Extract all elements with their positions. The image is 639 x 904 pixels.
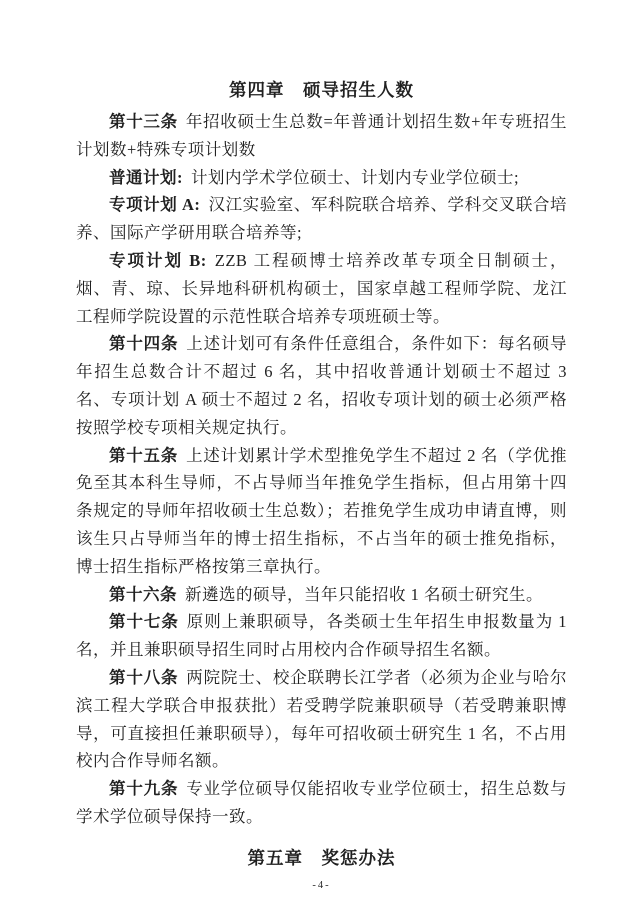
special-plan-a: 专项计划 A:汉江实验室、军科院联合培养、学科交叉联合培养、国际产学研用联合培养… bbox=[76, 191, 567, 247]
article-15-label: 第十五条 bbox=[109, 446, 186, 465]
chapter-4-heading: 第四章 硕导招生人数 bbox=[76, 76, 567, 104]
article-18: 第十八条两院院士、校企联聘长江学者（必须为企业与哈尔滨工程大学联合申报获批）若受… bbox=[76, 664, 567, 775]
special-plan-b-label: 专项计划 B: bbox=[109, 251, 215, 270]
article-18-label: 第十八条 bbox=[109, 668, 186, 687]
article-17-label: 第十七条 bbox=[109, 612, 187, 631]
general-plan-text: 计划内学术学位硕士、计划内专业学位硕士; bbox=[191, 168, 519, 187]
article-15: 第十五条上述计划累计学术型推免学生不超过 2 名（学优推免至其本科生导师，不占导… bbox=[76, 442, 567, 581]
general-plan: 普通计划:计划内学术学位硕士、计划内专业学位硕士; bbox=[76, 164, 567, 192]
article-15-text: 上述计划累计学术型推免学生不超过 2 名（学优推免至其本科生导师，不占导师当年推… bbox=[76, 446, 567, 576]
page-number: -4- bbox=[76, 879, 567, 893]
document-page: 第四章 硕导招生人数 第十三条年招收硕士生总数=年普通计划招生数+年专班招生计划… bbox=[0, 0, 639, 904]
article-14-label: 第十四条 bbox=[109, 334, 186, 353]
article-16: 第十六条新遴选的硕导，当年只能招收 1 名硕士研究生。 bbox=[76, 581, 567, 609]
article-14: 第十四条上述计划可有条件任意组合，条件如下：每名硕导年招生总数合计不超过 6 名… bbox=[76, 330, 567, 441]
article-13-label: 第十三条 bbox=[109, 112, 186, 131]
article-19: 第十九条专业学位硕导仅能招收专业学位硕士，招生总数与学术学位硕导保持一致。 bbox=[76, 775, 567, 831]
special-plan-b: 专项计划 B:ZZB 工程硕博士培养改革专项全日制硕士，烟、青、琼、长异地科研机… bbox=[76, 247, 567, 330]
general-plan-label: 普通计划: bbox=[109, 168, 191, 187]
article-17: 第十七条原则上兼职硕导，各类硕士生年招生申报数量为 1 名，并且兼职硕导招生同时… bbox=[76, 608, 567, 664]
article-19-label: 第十九条 bbox=[109, 779, 186, 798]
article-13: 第十三条年招收硕士生总数=年普通计划招生数+年专班招生计划数+特殊专项计划数 bbox=[76, 108, 567, 164]
chapter-5-heading: 第五章 奖惩办法 bbox=[76, 844, 567, 872]
article-16-text: 新遴选的硕导，当年只能招收 1 名硕士研究生。 bbox=[185, 585, 543, 604]
article-16-label: 第十六条 bbox=[109, 585, 185, 604]
special-plan-a-label: 专项计划 A: bbox=[109, 195, 208, 214]
